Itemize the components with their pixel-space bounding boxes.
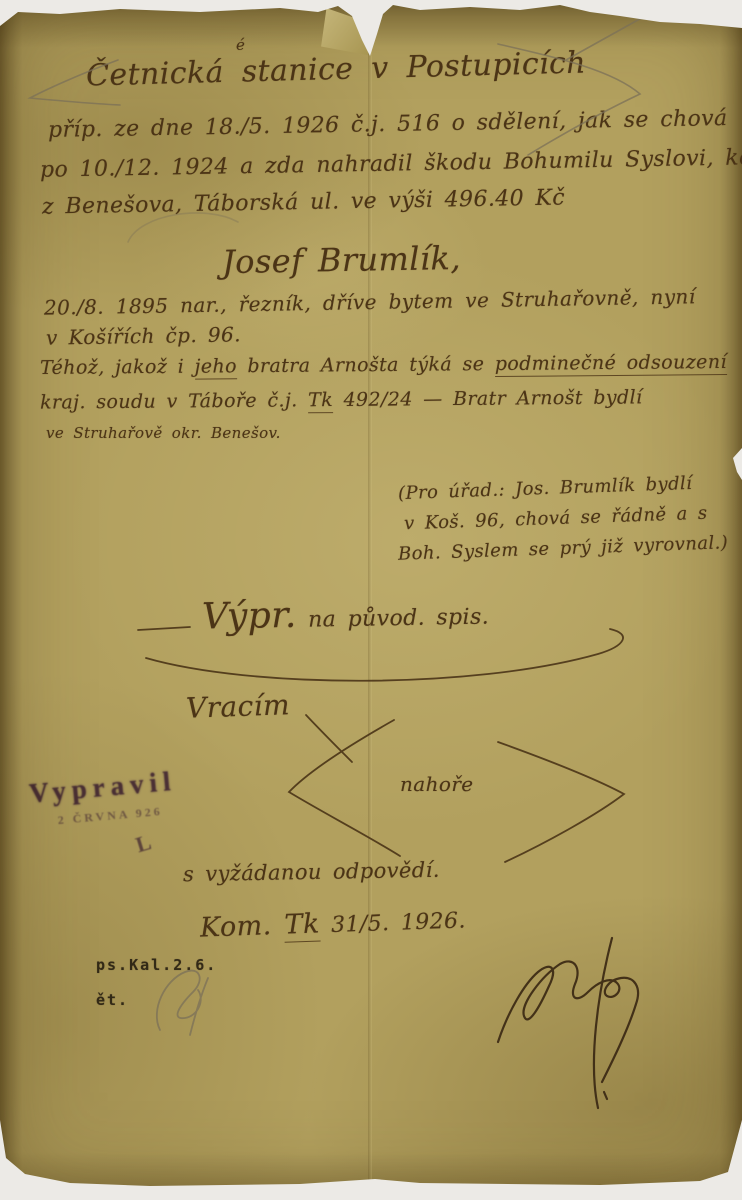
vypr-line: Výpr. na původ. spis. — [202, 591, 490, 637]
stamp-initial-mark: L — [133, 829, 155, 858]
case-line-1-underlined: podminečné odsouzení — [495, 351, 727, 377]
signature — [498, 938, 638, 1108]
case-line-2-tk: Tk — [308, 389, 333, 413]
intro-line-3: z Benešova, Táborská ul. ve výši 496.40 … — [42, 185, 565, 219]
subject-line-2: v Košířích čp. 96. — [46, 322, 241, 349]
signature-stroke-descender — [594, 938, 612, 1108]
subject-name: Josef Brumlík, — [222, 239, 462, 281]
case-line-3: ve Struhařově okr. Benešov. — [46, 424, 281, 442]
case-line-1-pre: Téhož, jakož i — [40, 356, 195, 379]
ink-left-angle-bracket — [289, 720, 400, 856]
typed-note-2: ět. — [96, 991, 129, 1009]
intro-line-2: po 10./12. 1924 a zda nahradil škodu Boh… — [40, 144, 742, 182]
vracim-word: Vracím — [185, 688, 290, 725]
case-line-1-jeho: jeho — [194, 355, 237, 379]
kom-line: Kom. Tk 31/5. 1926. — [200, 903, 467, 943]
case-line-2: kraj. soudu v Táboře č.j. Tk 492/24 — Br… — [40, 386, 643, 413]
ink-dash-before-vypr — [138, 627, 190, 630]
kom-pre: Kom. — [200, 910, 285, 944]
dispatch-stamp: Vypravil 2 ČRVNA 926 L — [28, 766, 180, 831]
vypr-rest: na původ. spis. — [297, 604, 490, 632]
ink-vracim-tail — [306, 715, 352, 762]
case-line-2-pre: kraj. soudu v Táboře č.j. — [40, 389, 308, 413]
station-title: Četnická stanice v Postupicích — [86, 45, 587, 93]
stamp-vypravil-text: Vypravil — [28, 766, 178, 810]
kom-tk: Tk — [284, 908, 320, 942]
margin-note-line-3: Boh. Syslem se prý již vyrovnal.) — [398, 532, 729, 565]
title-inserted-accent: é — [236, 36, 245, 54]
vypr-word: Výpr. — [202, 595, 297, 638]
kom-date: 31/5. 1926. — [319, 908, 466, 938]
ink-right-angle-bracket — [498, 742, 624, 862]
case-line-1-mid: bratra Arnošta týká se — [237, 353, 495, 377]
intro-line-1: příp. ze dne 18./5. 1926 č.j. 516 o sděl… — [48, 106, 728, 143]
signature-dot — [604, 1092, 607, 1099]
typed-note-1: ps.Kal.2.6. — [96, 956, 217, 974]
case-line-1: Téhož, jakož i jeho bratra Arnošta týká … — [40, 351, 727, 379]
nahore-word: nahoře — [400, 772, 474, 796]
signature-stroke-main — [498, 961, 638, 1082]
margin-note-line-2: v Koš. 96, chová se řádně a s — [404, 503, 708, 535]
response-line: s vyžádanou odpovědí. — [183, 858, 440, 886]
document-paper: Četnická stanice v Postupicích é příp. z… — [0, 0, 742, 1200]
case-line-2-post: 492/24 — Bratr Arnošt bydlí — [333, 386, 643, 411]
stamp-date-text: 2 ČRVNA 926 — [57, 803, 179, 829]
margin-note-line-1: (Pro úřad.: Jos. Brumlík bydlí — [398, 473, 693, 504]
pencil-initials-scribble — [157, 971, 208, 1035]
